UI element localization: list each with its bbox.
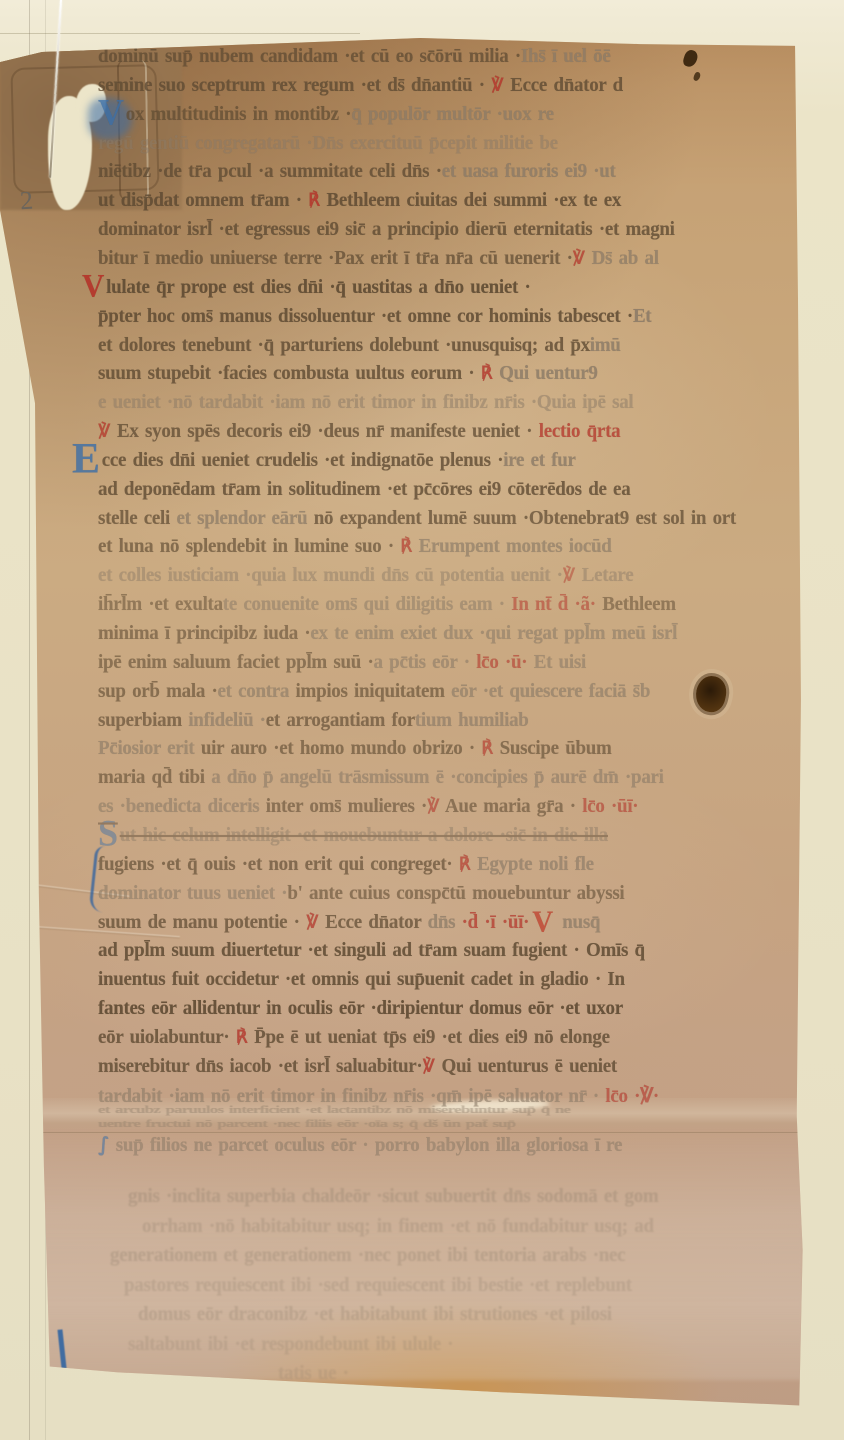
manuscript-line: domus eōr draconibz ·et habitabunt ibi s… xyxy=(138,1304,612,1327)
manuscript-line: pastores requiescent ibi ·sed requiescen… xyxy=(124,1274,632,1297)
text-segment: gnis ·inclita superbia chaldeōr ·sicut s… xyxy=(128,1186,658,1208)
text-segment: domus eōr draconibz ·et habitabunt ibi s… xyxy=(138,1304,612,1326)
mat-seam xyxy=(0,33,360,34)
manuscript-line: orrham ·nō habitabitur usq; in finem ·et… xyxy=(142,1215,654,1238)
manuscript-line: generationem et generationem ·nec ponet … xyxy=(110,1245,625,1268)
text-segment: orrham ·nō habitabitur usq; in finem ·et… xyxy=(142,1215,654,1237)
text-segment: saltabunt ibi ·et respondebunt ibi ulule… xyxy=(128,1333,453,1355)
dirt-specks xyxy=(0,0,3,3)
manuscript-line: tatis ue · xyxy=(278,1363,349,1386)
parchment-leaf: dominū sup̄ nubem candidam ·et cū eo sc̄… xyxy=(0,0,844,1440)
text-segment: generationem et generationem ·nec ponet … xyxy=(110,1245,625,1267)
manuscript-photo: dominū sup̄ nubem candidam ·et cū eo sc̄… xyxy=(0,0,844,1440)
text-segment: tatis ue · xyxy=(278,1363,349,1385)
folio-number: 2 xyxy=(19,186,34,217)
manuscript-line: gnis ·inclita superbia chaldeōr ·sicut s… xyxy=(128,1186,658,1209)
text-column-lower-faded: gnis ·inclita superbia chaldeōr ·sicut s… xyxy=(0,0,844,1440)
text-segment: pastores requiescent ibi ·sed requiescen… xyxy=(124,1274,632,1296)
manuscript-line: saltabunt ibi ·et respondebunt ibi ulule… xyxy=(128,1333,453,1356)
